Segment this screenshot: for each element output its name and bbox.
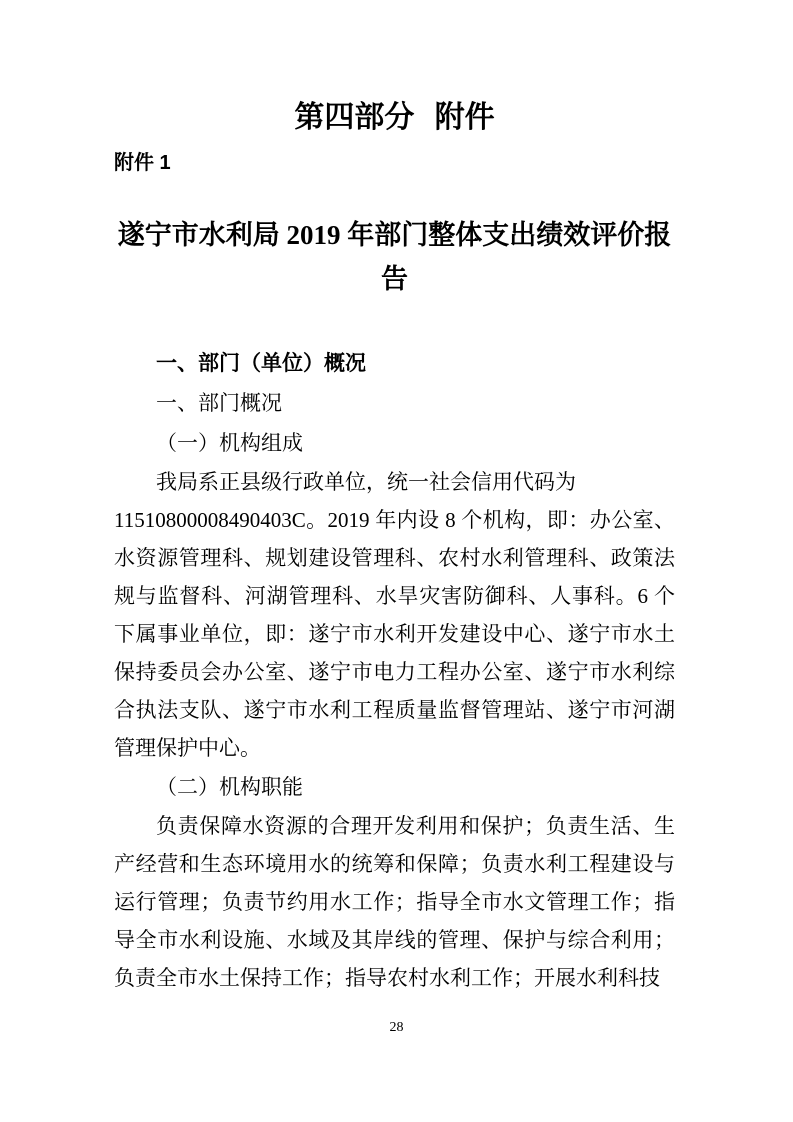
subsection-heading: 一、部门概况 — [114, 383, 675, 423]
document-page: 第四部分 附件 附件 1 遂宁市水利局 2019 年部门整体支出绩效评价报 告 … — [0, 0, 793, 1122]
item2-body: 负责保障水资源的合理开发利用和保护；负责生活、生产经营和生态环境用水的统筹和保障… — [114, 807, 675, 997]
report-title-line1: 遂宁市水利局 2019 年部门整体支出绩效评价报 — [114, 213, 675, 257]
report-title: 遂宁市水利局 2019 年部门整体支出绩效评价报 告 — [114, 213, 675, 301]
part-heading: 第四部分 附件 — [114, 97, 675, 139]
item1-body: 11510800008490403C。2019 年内设 8 个机构，即：办公室、… — [114, 501, 675, 767]
report-title-line2: 告 — [114, 257, 675, 301]
item1-heading: （一）机构组成 — [114, 423, 675, 463]
item2-heading: （二）机构职能 — [114, 767, 675, 807]
page-number: 28 — [0, 1020, 793, 1036]
item1-body-first-line: 我局系正县级行政单位，统一社会信用代码为 — [114, 463, 675, 501]
attachment-label: 附件 1 — [114, 147, 675, 179]
section-heading: 一、部门（单位）概况 — [114, 345, 675, 383]
